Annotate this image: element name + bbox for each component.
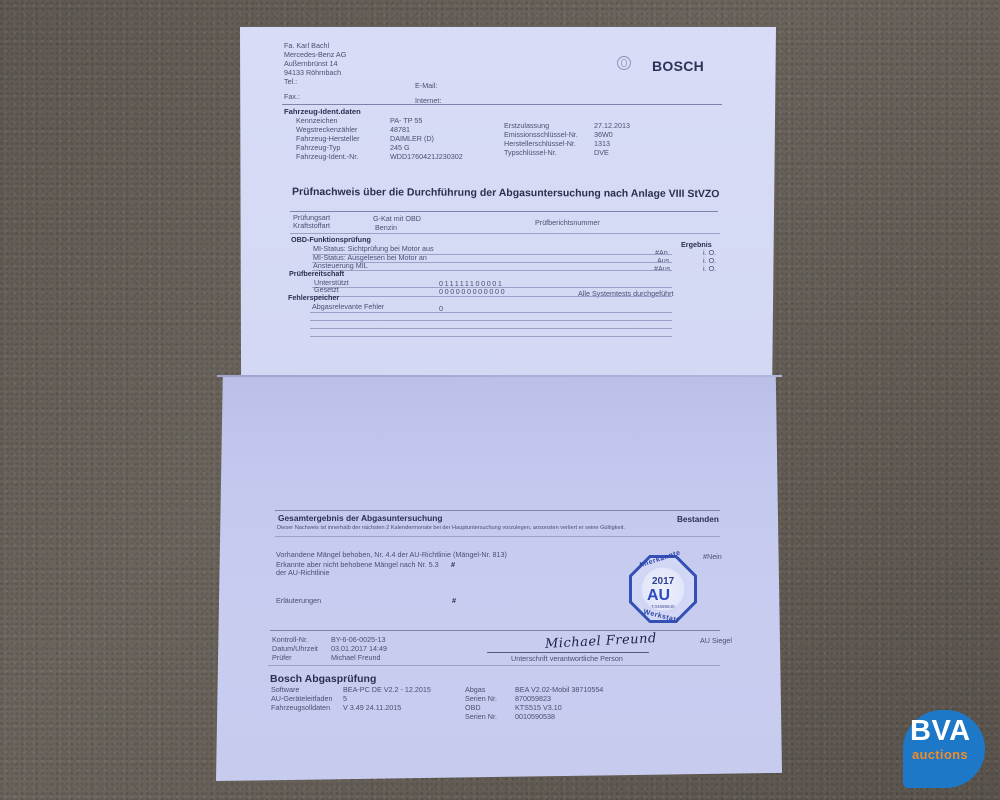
vehicle-value: 48781 [390,126,410,133]
fault-memory-heading: Fehlerspeicher [288,294,339,301]
vehicle-label: Fahrzeug-Typ [296,144,340,151]
seal-number: T.04589840 [651,604,675,609]
control-value: 03.01.2017 14:49 [331,645,387,652]
control-label: Prüfer [272,654,292,661]
test-type-value: G-Kat mit OBD [373,215,421,222]
obd-row-result: i. O. [703,265,716,272]
divider [312,296,672,297]
document-title: Prüfnachweis über die Durchführung der A… [292,186,720,200]
vehicle-value: DAIMLER (D) [390,135,434,142]
defects-unfixed-label-2: der AU-Richtlinie [276,569,330,576]
overall-result: Bestanden [677,516,719,524]
readiness-heading: Prüfbereitschaft [289,270,344,277]
document-bottom-half [216,375,782,781]
notes-value: # [452,597,456,604]
divider [282,104,722,105]
control-value: Michael Freund [331,654,381,661]
bosch-logo: BOSCH [652,58,704,74]
vehicle-value: DVE [594,149,609,156]
company-line: Außernbrünst 14 [284,60,338,67]
company-line: Mercedes-Benz AG [284,51,346,58]
equipment-label: OBD [465,704,481,711]
vehicle-label: Kennzeichen [296,117,338,124]
vehicle-label: Fahrzeug-Ident.-Nr. [296,153,358,160]
control-label: Kontroll-Nr. [272,636,308,643]
equipment-value: V 3.49 24.11.2015 [343,704,401,711]
seal-caption: AU Siegel [700,637,732,644]
fuel-value: Benzin [375,224,397,231]
divider [310,312,672,313]
vehicle-value: 27.12.2013 [594,122,630,129]
paper-fold [217,375,782,377]
vehicle-value: 1313 [594,140,610,147]
company-line: Fa. Karl Bachl [284,42,329,49]
vehicle-label: Emissionsschlüssel-Nr. [504,131,578,138]
divider [275,536,720,537]
signature-caption: Unterschrift verantwortliche Person [511,655,623,662]
equipment-value: BEA V2.02-Mobil 38710554 [515,686,603,693]
equipment-value: 0010590538 [515,713,555,720]
tel-label: Tel.: [284,78,297,85]
vehicle-heading: Fahrzeug-Ident.daten [284,108,361,116]
vehicle-value: 245 G [390,144,410,151]
document-top-half [240,27,776,377]
divider [275,510,720,511]
overall-note: Dieser Nachweis ist innerhalb der nächst… [277,526,625,532]
obd-heading: OBD-Funktionsprüfung [291,236,371,243]
vehicle-value: PA- TP 55 [390,117,422,124]
defects-unfixed-value: # [451,561,455,568]
defects-fixed-label: Vorhandene Mängel behoben, Nr. 4.4 der A… [276,551,507,558]
divider [310,320,672,321]
divider [290,233,720,234]
vehicle-label: Herstellerschlüssel-Nr. [504,140,576,147]
seal-year: 2017 [652,576,674,587]
fuel-label: Kraftstoffart [293,222,330,229]
control-label: Datum/Uhrzeit [272,645,318,652]
equipment-value: 870059823 [515,695,551,702]
equipment-label: Abgas [465,686,485,693]
set-value: 000000000000 [439,288,506,295]
email-label: E-Mail: [415,82,437,89]
vehicle-label: Erstzulassung [504,122,549,129]
divider [310,336,672,337]
fault-label: Abgasrelevante Fehler [312,303,384,310]
divider [290,211,718,212]
equipment-value: 5 [343,695,347,702]
obd-row-label: MI-Status: Sichtprüfung bei Motor aus [313,245,434,252]
equipment-label: AU-Geräteleitfaden [271,695,333,702]
equipment-value: KTS515 V3.10 [515,704,562,711]
bosch-emblem-icon [617,56,631,70]
bva-logo-subtext: auctions [912,747,968,762]
bosch-test-heading: Bosch Abgasprüfung [270,674,376,685]
fax-label: Fax.: [284,93,300,100]
notes-label: Erläuterungen [276,597,321,604]
equipment-value: BEA-PC DE V2.2 - 12.2015 [343,686,431,693]
divider [268,665,720,666]
divider [312,270,672,271]
defects-fixed-value: #Nein [703,553,722,560]
seal-code: AU [647,587,670,605]
signature-line [487,652,649,653]
vehicle-label: Typschlüssel-Nr. [504,149,557,156]
equipment-label: Fahrzeugsolldaten [271,704,330,711]
obd-row-value: #Aus [654,265,670,272]
equipment-label: Serien Nr. [465,713,497,720]
vehicle-value: WDD1760421J230302 [390,153,463,160]
overall-heading: Gesamtergebnis der Abgasuntersuchung [278,514,442,522]
company-line: 94133 Röhrnbach [284,69,341,76]
equipment-label: Software [271,686,299,693]
report-number-label: Prüfberichtsnummer [535,219,600,226]
vehicle-label: Fahrzeug-Hersteller [296,135,360,142]
bva-logo-text: BVA [910,715,971,748]
control-value: BY-6-06-0025-13 [331,636,385,643]
vehicle-label: Wegstreckenzähler [296,126,357,133]
divider [310,328,672,329]
vehicle-value: 36W0 [594,131,613,138]
equipment-label: Serien Nr. [465,695,497,702]
